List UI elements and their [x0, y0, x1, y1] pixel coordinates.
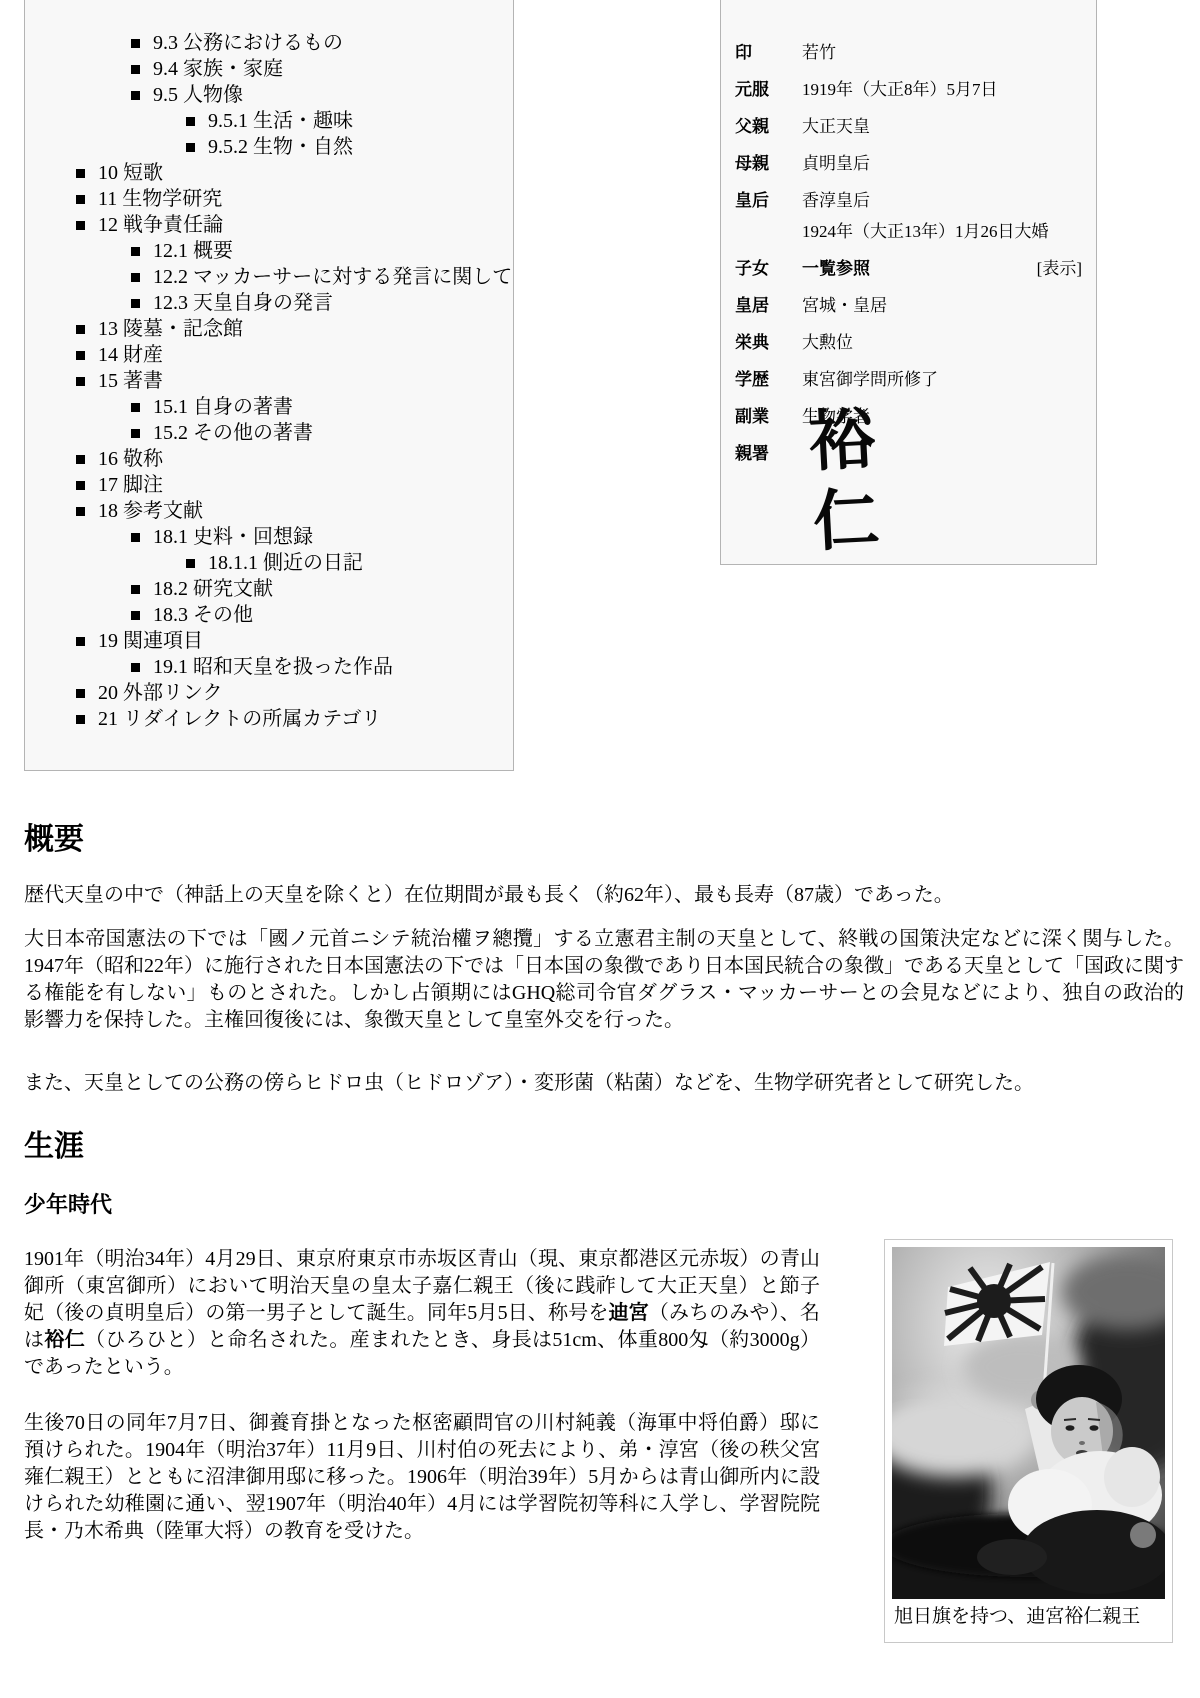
toc-entry[interactable]: 9.5.1 生活・趣味 [25, 108, 513, 134]
square-bullet-icon [76, 715, 85, 724]
infobox-row: 子女 一覧参照 [表示] [735, 258, 1084, 279]
boyhood-paragraph-2: 生後70日の同年7月7日、御養育掛となった枢密顧問官の川村純義（海軍中将伯爵）邸… [24, 1410, 820, 1545]
toc-entry-label: 10 短歌 [98, 160, 163, 186]
infobox-row: 親署 [735, 443, 1084, 464]
square-bullet-icon [76, 637, 85, 646]
toc-entry-label: 19 関連項目 [98, 628, 203, 654]
toc-entry[interactable]: 18.2 研究文献 [25, 576, 513, 602]
square-bullet-icon [131, 533, 140, 542]
toc-entry[interactable]: 18 参考文献 [25, 498, 513, 524]
square-bullet-icon [76, 507, 85, 516]
infobox-row: 栄典 大勲位 [735, 332, 1084, 353]
square-bullet-icon [131, 299, 140, 308]
square-bullet-icon [76, 351, 85, 360]
toc-entry-label: 12 戦争責任論 [98, 212, 223, 238]
infobox-row-label: 元服 [735, 79, 802, 100]
infobox-row: 皇居 宮城・皇居 [735, 295, 1084, 316]
toc-entry-label: 18.2 研究文献 [153, 576, 273, 602]
square-bullet-icon [131, 273, 140, 282]
square-bullet-icon [131, 403, 140, 412]
hirohito-baby-photo[interactable] [892, 1247, 1165, 1599]
toc-entry-label: 15 著書 [98, 368, 163, 394]
toc-entry[interactable]: 17 脚注 [25, 472, 513, 498]
life-heading: 生涯 [24, 1121, 84, 1165]
overview-heading: 概要 [24, 814, 84, 858]
toc-entry[interactable]: 11 生物学研究 [25, 186, 513, 212]
toc-entry[interactable]: 9.5 人物像 [25, 82, 513, 108]
infobox-row-value: 宮城・皇居 [802, 296, 887, 315]
infobox-row: 学歴 東宮御学問所修了 [735, 369, 1084, 390]
square-bullet-icon [186, 117, 195, 126]
toc-entry[interactable]: 12 戦争責任論 [25, 212, 513, 238]
infobox-row-value: 大正天皇 [802, 117, 870, 136]
square-bullet-icon [76, 169, 85, 178]
infobox-row: 母親 貞明皇后 [735, 153, 1084, 174]
toc-entry-label: 11 生物学研究 [98, 186, 222, 212]
square-bullet-icon [131, 65, 140, 74]
square-bullet-icon [186, 559, 195, 568]
infobox-row: 副業 生物学者 [735, 406, 1084, 427]
square-bullet-icon [131, 611, 140, 620]
square-bullet-icon [76, 689, 85, 698]
infobox-row-label: 親署 [735, 443, 802, 464]
overview-paragraph-3: また、天皇としての公務の傍らヒドロ虫（ヒドロゾア）・変形菌（粘菌）などを、生物学… [24, 1070, 1184, 1097]
toc-entry[interactable]: 9.4 家族・家庭 [25, 56, 513, 82]
toc-entry-label: 21 リダイレクトの所属カテゴリ [98, 706, 381, 732]
toc-entry[interactable]: 15 著書 [25, 368, 513, 394]
infobox-row-value: 香淳皇后 [802, 191, 870, 210]
infobox-row: 父親 大正天皇 [735, 116, 1084, 137]
toc-entry[interactable]: 12.1 概要 [25, 238, 513, 264]
square-bullet-icon [186, 143, 195, 152]
infobox-row-value: 貞明皇后 [802, 154, 870, 173]
square-bullet-icon [131, 429, 140, 438]
infobox-row-label: 子女 [735, 258, 802, 279]
infobox-row: 元服 1919年（大正8年）5月7日 [735, 79, 1084, 100]
toc-entry[interactable]: 13 陵墓・記念館 [25, 316, 513, 342]
toc-entry-label: 20 外部リンク [98, 680, 223, 706]
toc-entry-label: 9.4 家族・家庭 [153, 56, 283, 82]
toc-entry[interactable]: 9.5.2 生物・自然 [25, 134, 513, 160]
toc-entry[interactable]: 15.1 自身の著書 [25, 394, 513, 420]
infobox-row-value: 一覧参照 [802, 259, 870, 278]
toc-entry[interactable]: 18.3 その他 [25, 602, 513, 628]
square-bullet-icon [76, 481, 85, 490]
infobox-row: 印 若竹 [735, 42, 1084, 63]
toc-entry-label: 18.1.1 側近の日記 [208, 550, 363, 576]
toc-entry-label: 13 陵墓・記念館 [98, 316, 243, 342]
toc-entry[interactable]: 19 関連項目 [25, 628, 513, 654]
toc-entry-label: 12.3 天皇自身の発言 [153, 290, 333, 316]
toc-entry[interactable]: 10 短歌 [25, 160, 513, 186]
toc-entry-label: 15.2 その他の著書 [153, 420, 313, 446]
toc-entry[interactable]: 18.1 史料・回想録 [25, 524, 513, 550]
infobox-row-value: 1919年（大正8年）5月7日 [802, 80, 998, 99]
toc-entry-label: 17 脚注 [98, 472, 163, 498]
infobox-row-label: 副業 [735, 406, 802, 427]
toc-entry[interactable]: 16 敬称 [25, 446, 513, 472]
show-toggle-button[interactable]: [表示] [1037, 258, 1082, 279]
toc-entry-label: 14 財産 [98, 342, 163, 368]
overview-paragraph-2: 大日本帝国憲法の下では「國ノ元首ニシテ統治權ヲ總攬」する立憲君主制の天皇として、… [24, 926, 1184, 1034]
square-bullet-icon [76, 195, 85, 204]
emperor-infobox: 印 若竹 元服 1919年（大正8年）5月7日 父親 大正天皇 [720, 0, 1097, 565]
infobox-row-label: 母親 [735, 153, 802, 174]
square-bullet-icon [76, 377, 85, 386]
boyhood-heading: 少年時代 [24, 1188, 112, 1219]
boyhood-paragraph-1: 1901年（明治34年）4月29日、東京府東京市赤坂区青山（現、東京都港区元赤坂… [24, 1246, 820, 1381]
infobox-row-value-line2: 1924年（大正13年）1月26日大婚 [802, 221, 1084, 242]
infobox-row-label: 父親 [735, 116, 802, 137]
toc-entry[interactable]: 9.3 公務におけるもの [25, 30, 513, 56]
text-run: （ひろひと）と命名された。産まれたとき、身長は51cm、体重800匁（約3000… [24, 1329, 820, 1378]
toc-entry[interactable]: 21 リダイレクトの所属カテゴリ [25, 706, 513, 732]
square-bullet-icon [131, 39, 140, 48]
infobox-row-label: 印 [735, 42, 802, 63]
square-bullet-icon [131, 91, 140, 100]
infobox-row-value: 若竹 [802, 43, 836, 62]
square-bullet-icon [131, 247, 140, 256]
infobox-row-label: 皇居 [735, 295, 802, 316]
infobox-row: 皇后 香淳皇后 1924年（大正13年）1月26日大婚 [735, 190, 1084, 242]
toc-entry-label: 18 参考文献 [98, 498, 203, 524]
text-run: 迪宮 [609, 1302, 649, 1324]
toc-entry-label: 15.1 自身の著書 [153, 394, 293, 420]
toc-entry-label: 19.1 昭和天皇を扱った作品 [153, 654, 393, 680]
square-bullet-icon [76, 455, 85, 464]
infobox-row-label: 学歴 [735, 369, 802, 390]
toc-entry[interactable]: 15.2 その他の著書 [25, 420, 513, 446]
photo-caption: 旭日旗を持つ、迪宮裕仁親王 [892, 1605, 1165, 1629]
toc-entry-label: 18.3 その他 [153, 602, 253, 628]
toc-entry[interactable]: 18.1.1 側近の日記 [25, 550, 513, 576]
toc-entry[interactable]: 12.2 マッカーサーに対する発言に関して [25, 264, 513, 290]
toc-entry-label: 9.5 人物像 [153, 82, 243, 108]
text-run: 裕仁 [44, 1329, 85, 1351]
square-bullet-icon [76, 221, 85, 230]
toc-entry-label: 16 敬称 [98, 446, 163, 472]
infobox-row-value: 東宮御学問所修了 [802, 370, 938, 389]
thumbnail-frame: 旭日旗を持つ、迪宮裕仁親王 [884, 1239, 1173, 1643]
toc-entry-label: 12.2 マッカーサーに対する発言に関して [153, 264, 512, 290]
infobox-row-label: 皇后 [735, 190, 802, 242]
toc-entry[interactable]: 12.3 天皇自身の発言 [25, 290, 513, 316]
toc-entry[interactable]: 20 外部リンク [25, 680, 513, 706]
toc-entry[interactable]: 14 財産 [25, 342, 513, 368]
toc-entry-label: 9.5.2 生物・自然 [208, 134, 353, 160]
table-of-contents: 9.3 公務におけるもの 9.4 家族・家庭 9.5 人物像 9.5.1 生活・… [24, 0, 514, 771]
square-bullet-icon [131, 663, 140, 672]
wikipedia-article-page: { "toc": { "items": [ {"label": "9.3 公務に… [0, 0, 1200, 1698]
toc-entry-label: 9.5.1 生活・趣味 [208, 108, 353, 134]
square-bullet-icon [131, 585, 140, 594]
overview-paragraph-1: 歴代天皇の中で（神話上の天皇を除くと）在位期間が最も長く（約62年）、最も長寿（… [24, 882, 1184, 909]
infobox-row-label: 栄典 [735, 332, 802, 353]
hirohito-signature-image: 裕仁 [807, 398, 887, 562]
toc-entry-label: 18.1 史料・回想録 [153, 524, 313, 550]
infobox-row-value: 大勲位 [802, 333, 853, 352]
toc-entry-label: 12.1 概要 [153, 238, 233, 264]
toc-entry-label: 9.3 公務におけるもの [153, 30, 343, 56]
square-bullet-icon [76, 325, 85, 334]
toc-entry[interactable]: 19.1 昭和天皇を扱った作品 [25, 654, 513, 680]
